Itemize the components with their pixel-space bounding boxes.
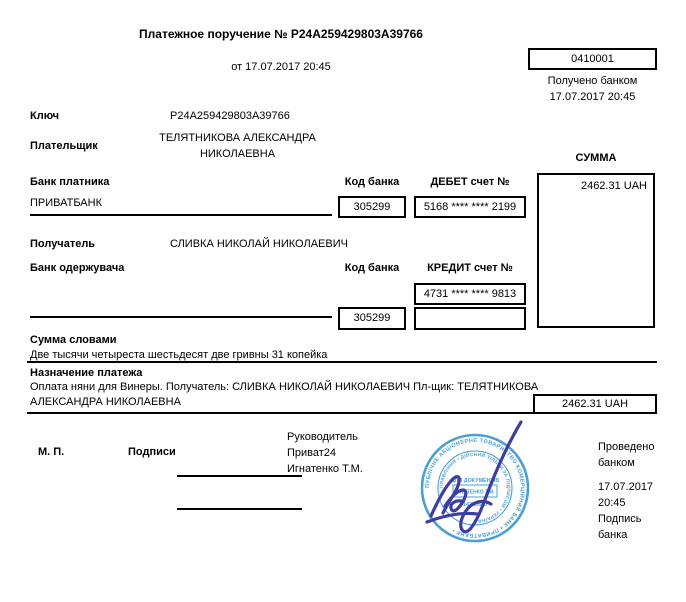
amount-box: 2462.31 UAH [537,173,655,328]
credit-account-box: 4731 **** **** 9813 [414,283,526,305]
received-datetime: 17.07.2017 20:45 [520,91,665,104]
payer-bank-value: ПРИВАТБАНК [30,197,102,210]
processed-time: 20:45 [598,497,626,510]
key-label: Ключ [30,110,59,123]
credit-bank-code-box: 305299 [338,307,406,330]
debit-bank-code-box: 305299 [338,196,406,218]
payer-bank-underline [30,214,332,216]
purpose-label: Назначение платежа [30,367,142,380]
document-date: от 17.07.2017 20:45 [30,61,532,74]
payer-value-line2: НИКОЛАЕВНА [150,146,325,162]
amount-value: 2462.31 UAH [581,180,647,193]
doc-number-box: 0410001 [528,48,657,70]
signature-line-2 [177,508,302,510]
receiver-label: Получатель [30,238,95,251]
payer-bank-label: Банк платника [30,176,109,189]
amount-words-rule [27,361,657,363]
credit-account-second-box [414,307,526,330]
debit-account-label: ДЕБЕТ счет № [414,176,526,189]
stamp-place-label: М. П. [38,446,64,459]
bank-sign-line2: банка [598,529,627,542]
signer-role: Руководитель [287,429,363,445]
processed-line2: банком [598,457,635,470]
credit-bank-code-label: Код банка [336,262,408,275]
bank-stamp: ПУБЛІЧНЕ АКЦІОНЕРНЕ ТОВАРИСТВО КОМЕРЦІЙН… [403,416,553,566]
purpose-rule [27,412,533,414]
processed-line1: Проведено [598,441,654,454]
debit-bank-code-label: Код банка [336,176,408,189]
bank-sign-line1: Подпись [598,513,642,526]
document-title: Платежное поручение № P24A259429803A3976… [30,27,532,41]
amount-header-label: СУММА [537,152,655,165]
credit-account-label: КРЕДИТ счет № [414,262,526,275]
purpose-amount: 2462.31 UAH [562,398,628,411]
credit-account: 4731 **** **** 9813 [424,288,516,301]
purpose-amount-box: 2462.31 UAH [533,394,657,414]
payer-value: ТЕЛЯТНИКОВА АЛЕКСАНДРА НИКОЛАЕВНА [150,130,325,162]
amount-words-label: Сумма словами [30,334,117,347]
signatures-label: Подписи [128,446,176,459]
key-value: P24A259429803A39766 [170,110,290,123]
payer-label: Плательщик [30,140,98,153]
credit-bank-code: 305299 [354,312,391,325]
purpose-line1: Оплата няни для Винеры. Получатель: СЛИВ… [30,381,538,394]
processed-date: 17.07.2017 [598,481,653,494]
receiver-bank-label: Банк одержувача [30,262,124,275]
receiver-value: СЛИВКА НИКОЛАЙ НИКОЛАЕВИЧ [170,238,348,251]
signer-org: Приват24 [287,445,363,461]
received-by-bank-label: Получено банком [520,75,665,88]
receiver-bank-underline [30,316,332,318]
purpose-line2: АЛЕКСАНДРА НИКОЛАЕВНА [30,396,181,409]
debit-bank-code: 305299 [354,201,391,214]
signer-block: Руководитель Приват24 Игнатенко Т.М. [287,429,363,477]
payer-value-line1: ТЕЛЯТНИКОВА АЛЕКСАНДРА [150,130,325,146]
debit-account-box: 5168 **** **** 2199 [414,196,526,218]
signature-line-1 [177,475,302,477]
payment-order-document: Платежное поручение № P24A259429803A3976… [0,0,686,602]
debit-account: 5168 **** **** 2199 [424,201,516,214]
doc-number: 0410001 [571,53,614,66]
